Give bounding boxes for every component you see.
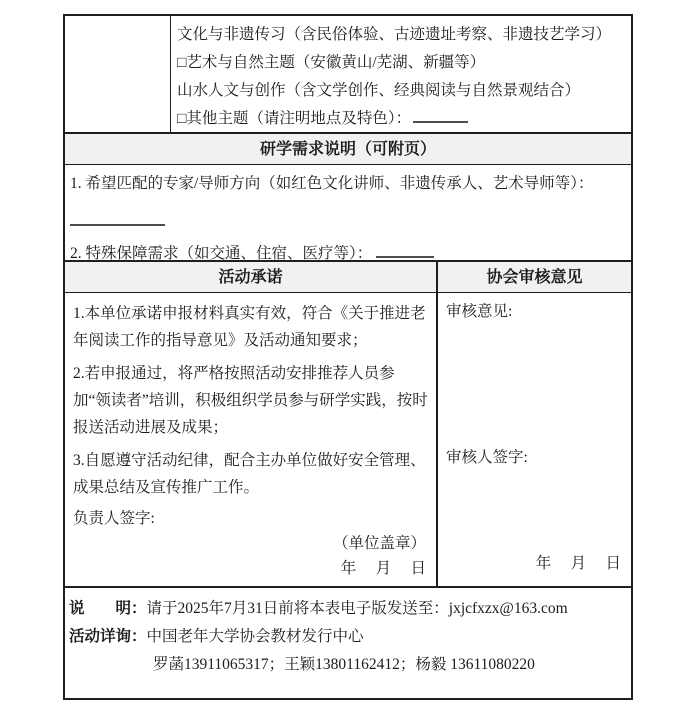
reviewer-signature-label: 审核人签字: [446, 446, 623, 470]
needs-section-header: 研学需求说明（可附页） [65, 132, 631, 165]
topic-text: 其他主题（请注明地点及特色）： [186, 110, 411, 127]
form-document-page: { "document": { "topics": { "checkbox_gl… [0, 0, 694, 710]
topic-text: 艺术与自然主题（安徽黄山/芜湖、新疆等） [186, 54, 485, 71]
promise-review-body-row: 1.本单位承诺申报材料真实有效，符合《关于推进老年阅读工作的指导意见》及活动通知… [65, 293, 631, 586]
blank-underline[interactable] [413, 108, 468, 123]
promise-body-cell: 1.本单位承诺申报材料真实有效，符合《关于推进老年阅读工作的指导意见》及活动通知… [65, 293, 438, 586]
note-line-contacts: 罗菡13911065317；王颖13801162412；杨毅 136110802… [153, 651, 625, 679]
review-header-cell: 协会审核意见 [438, 262, 631, 292]
application-form-table: 文化与非遗传习（含民俗体验、古迹遗址考察、非遗技艺学习） □艺术与自然主题（安徽… [63, 14, 633, 700]
inquiry-text: 中国老年大学协会教材发行中心 [147, 623, 364, 651]
topic-text: 文化与非遗传习（含民俗体验、古迹遗址考察、非遗技艺学习） [177, 26, 611, 43]
promise-header-cell: 活动承诺 [65, 262, 438, 292]
review-body-cell: 审核意见: 审核人签字: 年 月 日 [438, 293, 631, 586]
note-text: 请于2025年7月31日前将本表电子版发送至：jxjcfxzx@163.com [147, 595, 568, 623]
topic-text: 山水人文与创作（含文学创作、经典阅读与自然景观结合） [177, 82, 580, 99]
promise-item-2: 2.若申报通过，将严格按照活动安排推荐人员参加“领读者”培训，积极组织学员参与研… [73, 360, 428, 441]
review-date-line: 年 月 日 [446, 552, 623, 576]
inquiry-label: 活动详询： [69, 623, 147, 651]
blank-underline[interactable] [376, 243, 434, 258]
contacts-text: 罗菡13911065317；王颖13801162412；杨毅 136110802… [153, 651, 535, 679]
unit-seal-label: （单位盖章） [73, 531, 428, 557]
review-header-title: 协会审核意见 [486, 269, 582, 286]
promise-date-line: 年 月 日 [73, 557, 428, 581]
responsible-signature-label: 负责人签字: [73, 507, 428, 531]
checkbox-icon[interactable]: □ [177, 110, 186, 127]
topic-line-other: □其他主题（请注明地点及特色）： [177, 105, 627, 133]
topics-row-header-empty-cell [65, 16, 171, 132]
topics-section: 文化与非遗传习（含民俗体验、古迹遗址考察、非遗技艺学习） □艺术与自然主题（安徽… [65, 16, 631, 132]
note-line-inquiry: 活动详询： 中国老年大学协会教材发行中心 [69, 623, 625, 651]
note-line-instruction: 说 明： 请于2025年7月31日前将本表电子版发送至：jxjcfxzx@163… [69, 595, 625, 623]
blank-underline[interactable] [70, 209, 165, 226]
needs-header-title: 研学需求说明（可附页） [260, 141, 436, 158]
note-label: 说 明： [69, 595, 147, 623]
notes-section: 说 明： 请于2025年7月31日前将本表电子版发送至：jxjcfxzx@163… [65, 586, 631, 698]
promise-review-header-row: 活动承诺 协会审核意见 [65, 260, 631, 293]
promise-header-title: 活动承诺 [218, 269, 282, 286]
promise-item-1: 1.本单位承诺申报材料真实有效，符合《关于推进老年阅读工作的指导意见》及活动通知… [73, 300, 428, 354]
topics-list-cell: 文化与非遗传习（含民俗体验、古迹遗址考察、非遗技艺学习） □艺术与自然主题（安徽… [171, 16, 631, 132]
review-opinion-label: 审核意见: [446, 300, 623, 324]
promise-item-3: 3.自愿遵守活动纪律，配合主办单位做好安全管理、成果总结及宣传推广工作。 [73, 447, 428, 501]
topic-line-art-nature: □艺术与自然主题（安徽黄山/芜湖、新疆等） [177, 49, 627, 77]
needs-item-1: 1. 希望匹配的专家/导师方向（如红色文化讲师、非遗传承人、艺术导师等）： [70, 173, 625, 195]
needs-section-body: 1. 希望匹配的专家/导师方向（如红色文化讲师、非遗传承人、艺术导师等）： 2.… [65, 165, 631, 260]
topic-line-culture: 文化与非遗传习（含民俗体验、古迹遗址考察、非遗技艺学习） [177, 21, 627, 49]
checkbox-icon[interactable]: □ [177, 54, 186, 71]
topic-line-landscape: 山水人文与创作（含文学创作、经典阅读与自然景观结合） [177, 77, 627, 105]
